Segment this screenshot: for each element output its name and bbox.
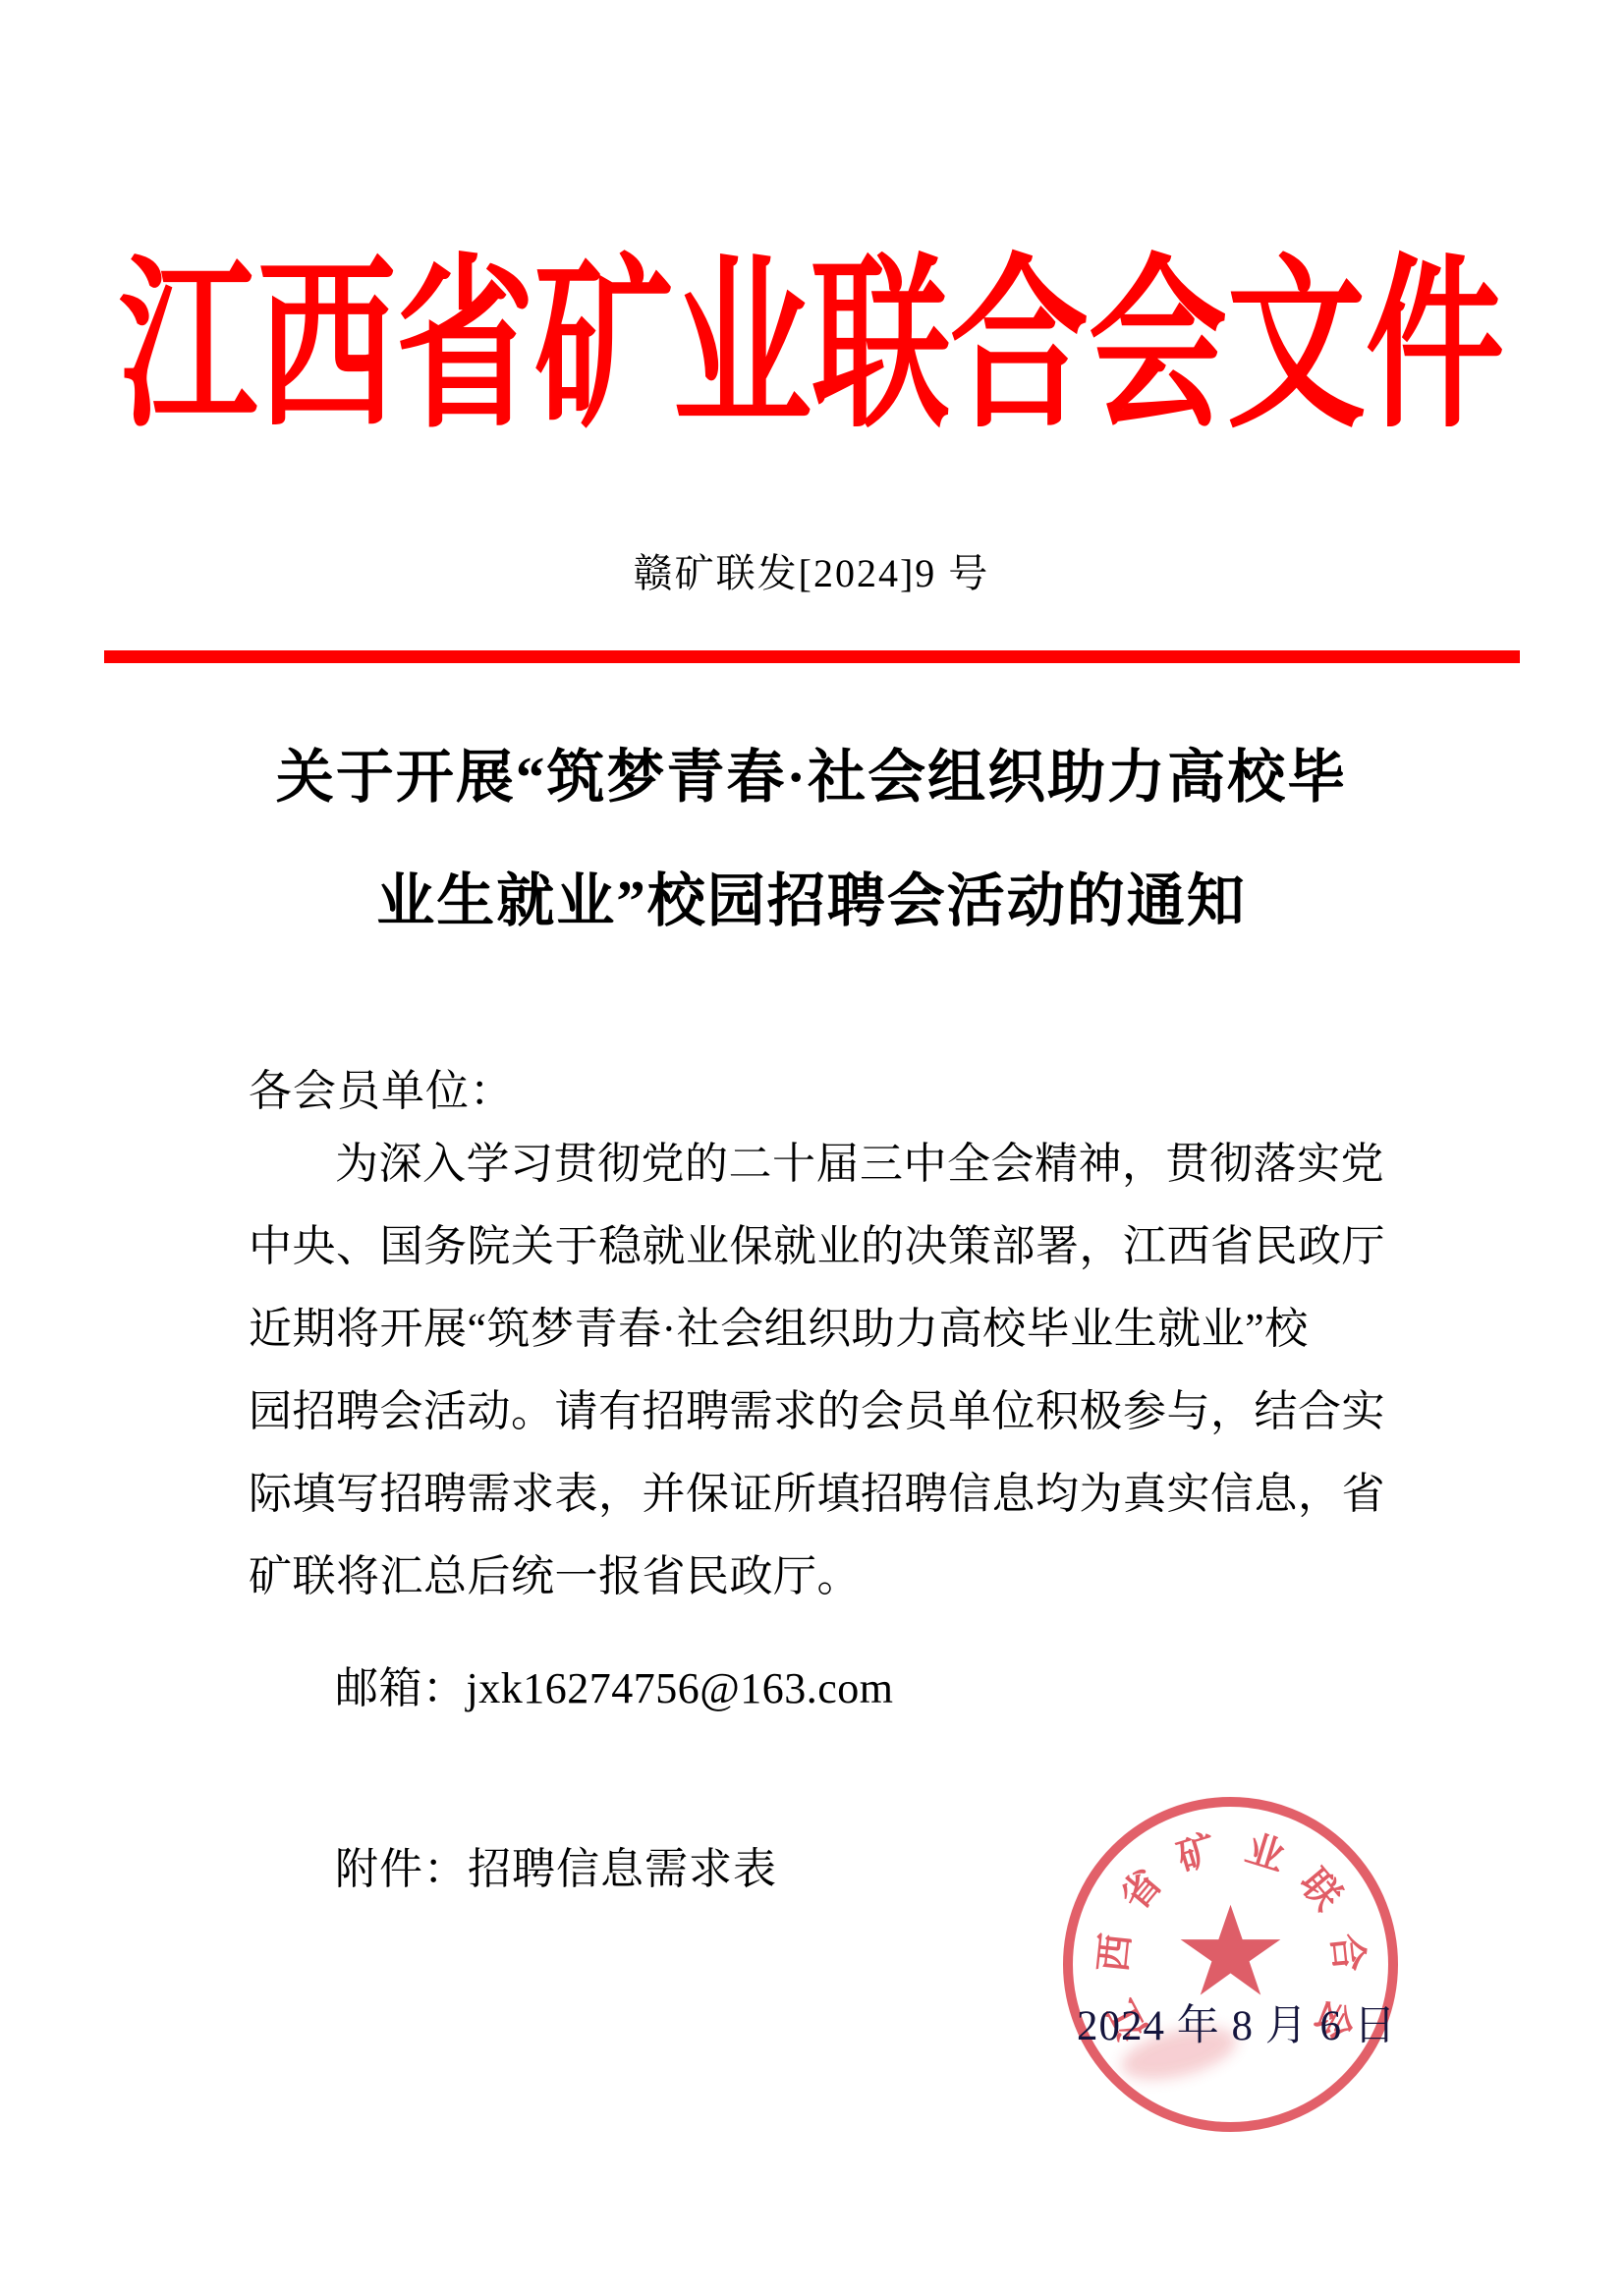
- body-line: 园招聘会活动。请有招聘需求的会员单位积极参与，结合实: [249, 1375, 1427, 1438]
- body-line: 为深入学习贯彻党的二十届三中全会精神，贯彻落实党: [335, 1128, 1514, 1191]
- letterhead-org-title: 江西省矿业联合会文件: [0, 188, 1623, 471]
- body-line: 矿联将汇总后统一报省民政厅。: [249, 1540, 1427, 1603]
- document-number: 赣矿联发[2024]9 号: [0, 542, 1623, 598]
- document-title: 关于开展“筑梦青春·社会组织助力高校毕 业生就业”校园招聘会活动的通知: [0, 715, 1623, 963]
- seal-char: 西: [1088, 1929, 1135, 1976]
- issue-date: 2024 年 8 月 6 日: [1077, 1992, 1397, 2052]
- document-page: 江西省矿业联合会文件 赣矿联发[2024]9 号 关于开展“筑梦青春·社会组织助…: [0, 0, 1623, 2296]
- contact-email: 邮箱：jxk16274756@163.com: [335, 1652, 894, 1715]
- document-title-line2: 业生就业”校园招聘会活动的通知: [0, 839, 1623, 963]
- document-title-line1: 关于开展“筑梦青春·社会组织助力高校毕: [0, 715, 1623, 839]
- red-divider-line: [104, 650, 1520, 663]
- attachment-note: 附件：招聘信息需求表: [335, 1833, 777, 1896]
- body-line: 际填写招聘需求表，并保证所填招聘信息均为真实信息，省: [249, 1458, 1427, 1521]
- seal-char: 合: [1326, 1929, 1373, 1976]
- body-line: 中央、国务院关于稳就业保就业的决策部署，江西省民政厅: [249, 1210, 1427, 1273]
- official-seal: 江 西 省 矿 业 联 合 会: [1063, 1797, 1398, 2132]
- body-line: 近期将开展“筑梦青春·社会组织助力高校毕业生就业”校: [249, 1293, 1427, 1356]
- salutation: 各会员单位：: [249, 1055, 514, 1118]
